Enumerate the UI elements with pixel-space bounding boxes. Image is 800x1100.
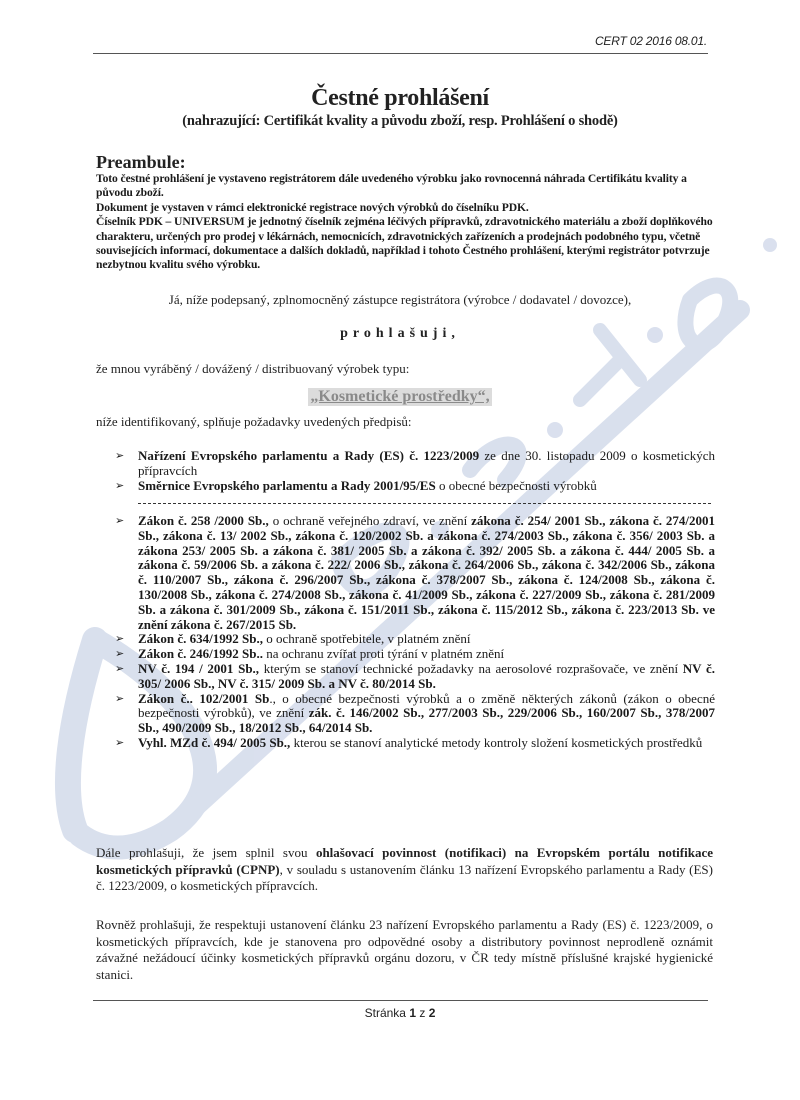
text: Dále prohlašuji, že jsem splnil svou: [96, 845, 316, 860]
regulation-item: ➢NV č. 194 / 2001 Sb., kterým se stanoví…: [115, 662, 715, 692]
footer-rule: [93, 1000, 708, 1001]
declaration-keyword: prohlašuji,: [0, 326, 800, 342]
regulation-item: ➢Nařízení Evropského parlamentu a Rady (…: [115, 449, 715, 479]
text: o ochraně spotřebitele, v platném znění: [263, 631, 471, 646]
text: na ochranu zvířat proti týrání v platném…: [263, 646, 504, 661]
page-total: 2: [429, 1006, 436, 1020]
preamble-text: Toto čestné prohlášení je vystaveno regi…: [96, 172, 716, 273]
bold-text: Zákon č. 246/1992 Sb..: [138, 646, 263, 661]
bold-text: zákona č. 254/ 2001 Sb., zákona č. 274/2…: [138, 513, 715, 632]
regulation-item: ➢Směrnice Evropského parlamentu a Rady 2…: [115, 479, 715, 494]
document-subtitle: (nahrazující: Certifikát kvality a původ…: [0, 113, 800, 130]
arrow-bullet-icon: ➢: [115, 479, 124, 494]
regulation-item: ➢Zákon č. 634/1992 Sb., o ochraně spotře…: [115, 632, 715, 647]
document-page: CERT 02 2016 08.01. Čestné prohlášení (n…: [0, 0, 800, 1100]
product-type-value: „Kosmetické prostředky“,: [308, 388, 491, 406]
page-current: 1: [409, 1006, 416, 1020]
bold-text: NV č. 194 / 2001 Sb.,: [138, 661, 259, 676]
national-regulations-list: ➢Zákon č. 258 /2000 Sb., o ochraně veřej…: [115, 514, 715, 751]
compliance-line: níže identifikovaný, splňuje požadavky u…: [96, 414, 412, 430]
primary-regulations-list: ➢Nařízení Evropského parlamentu a Rady (…: [115, 449, 715, 493]
regulation-item: ➢Zákon č. 258 /2000 Sb., o ochraně veřej…: [115, 514, 715, 632]
bold-text: Zákon č. 634/1992 Sb.,: [138, 631, 263, 646]
document-title: Čestné prohlášení: [0, 85, 800, 112]
dashed-separator: [138, 503, 711, 504]
regulation-item: ➢Vyhl. MZd č. 494/ 2005 Sb., kterou se s…: [115, 736, 715, 751]
bold-text: Zákon č.. 102/2001 Sb: [138, 691, 269, 706]
preamble-paragraph: Toto čestné prohlášení je vystaveno regi…: [96, 172, 716, 201]
adverse-effects-paragraph: Rovněž prohlašuji, že respektuji ustanov…: [96, 917, 713, 983]
text: o ochraně veřejného zdraví, ve znění: [269, 513, 471, 528]
page-label: Stránka: [365, 1006, 406, 1020]
arrow-bullet-icon: ➢: [115, 692, 124, 707]
arrow-bullet-icon: ➢: [115, 662, 124, 677]
preamble-heading: Preambule:: [96, 152, 186, 173]
declaration-intro: Já, níže podepsaný, zplnomocněný zástupc…: [0, 292, 800, 308]
text: Rovněž prohlašuji, že respektuji ustanov…: [96, 917, 713, 982]
regulation-item: ➢Zákon č. 246/1992 Sb.. na ochranu zvířa…: [115, 647, 715, 662]
header-rule: [93, 53, 708, 54]
page-number: Stránka 1 z 2: [0, 1006, 800, 1020]
bold-text: Nařízení Evropského parlamentu a Rady (E…: [138, 448, 479, 463]
product-line: že mnou vyráběný / dovážený / distribuov…: [96, 361, 409, 377]
bold-text: Vyhl. MZd č. 494/ 2005 Sb.,: [138, 735, 290, 750]
arrow-bullet-icon: ➢: [115, 514, 124, 529]
text: o obecné bezpečnosti výrobků: [436, 478, 597, 493]
page-separator: z: [419, 1006, 425, 1020]
arrow-bullet-icon: ➢: [115, 736, 124, 751]
arrow-bullet-icon: ➢: [115, 647, 124, 662]
preamble-paragraph: Číselník PDK – UNIVERSUM je jednotný čís…: [96, 215, 716, 273]
bold-text: Zákon č. 258 /2000 Sb.,: [138, 513, 269, 528]
preamble-paragraph: Dokument je vystaven v rámci elektronick…: [96, 201, 716, 215]
notification-paragraph: Dále prohlašuji, že jsem splnil svou ohl…: [96, 845, 713, 895]
product-type-field: „Kosmetické prostředky“,: [0, 388, 800, 406]
arrow-bullet-icon: ➢: [115, 632, 124, 647]
document-code: CERT 02 2016 08.01.: [595, 34, 707, 48]
text: kterou se stanoví analytické metody kont…: [290, 735, 702, 750]
bold-text: Směrnice Evropského parlamentu a Rady 20…: [138, 478, 436, 493]
regulation-item: ➢Zákon č.. 102/2001 Sb., o obecné bezpeč…: [115, 692, 715, 736]
arrow-bullet-icon: ➢: [115, 449, 124, 464]
text: kterým se stanoví technické požadavky na…: [259, 661, 683, 676]
